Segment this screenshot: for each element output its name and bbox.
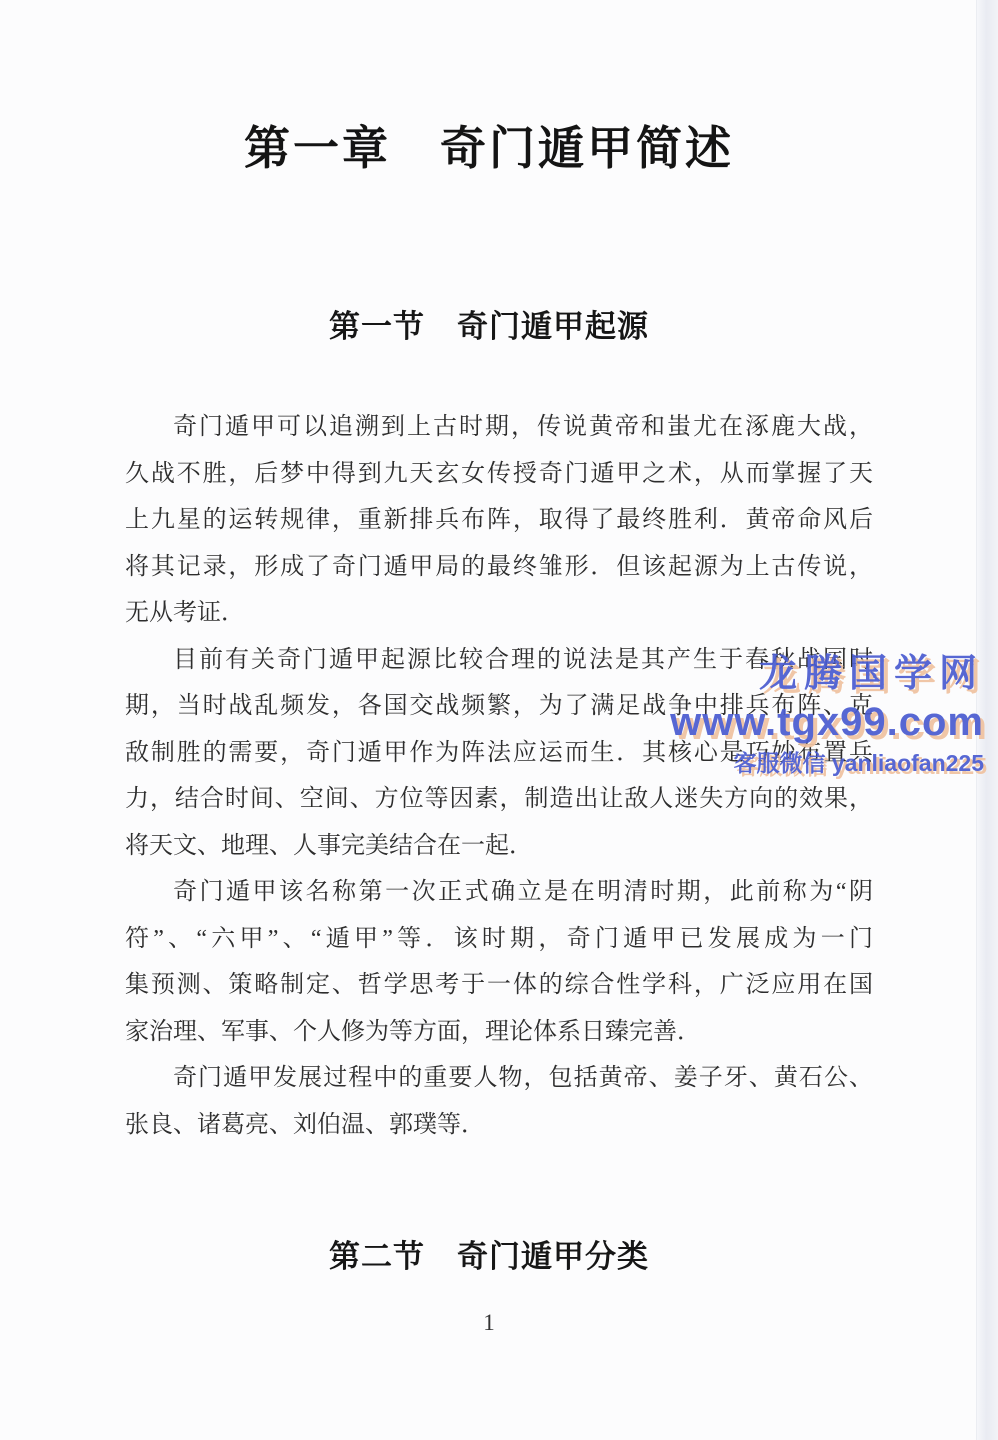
text-line: 家治理、军事、个人修为等方面，理论体系日臻完善．: [125, 1009, 873, 1056]
text-line: 将天文、地理、人事完美结合在一起．: [125, 823, 873, 870]
text-line: 上九星的运转规律，重新排兵布阵，取得了最终胜利．黄帝命风后: [125, 497, 873, 544]
paragraph: 目前有关奇门遁甲起源比较合理的说法是其产生于春秋战国时 期，当时战乱频发，各国交…: [125, 637, 873, 870]
text-line: 奇门遁甲该名称第一次正式确立是在明清时期，此前称为“阴: [125, 869, 873, 916]
text-line: 集预测、策略制定、哲学思考于一体的综合性学科，广泛应用在国: [125, 962, 873, 1009]
text-line: 将其记录，形成了奇门遁甲局的最终雏形．但该起源为上古传说，: [125, 544, 873, 591]
text-line: 敌制胜的需要，奇门遁甲作为阵法应运而生．其核心是巧妙布置兵: [125, 730, 873, 777]
chapter-title: 第一章 奇门遁甲简述: [0, 112, 978, 178]
paragraph: 奇门遁甲该名称第一次正式确立是在明清时期，此前称为“阴 符”、“六甲”、“遁甲”…: [125, 869, 873, 1055]
text-line: 力，结合时间、空间、方位等因素，制造出让敌人迷失方向的效果，: [125, 776, 873, 823]
section-title-origin: 第一节 奇门遁甲起源: [0, 301, 978, 346]
text-line: 符”、“六甲”、“遁甲”等．该时期，奇门遁甲已发展成为一门: [125, 916, 873, 963]
document-page: 第一章 奇门遁甲简述 第一节 奇门遁甲起源 奇门遁甲可以追溯到上古时期，传说黄帝…: [0, 0, 998, 1440]
paragraph: 奇门遁甲发展过程中的重要人物，包括黄帝、姜子牙、黄石公、 张良、诸葛亮、刘伯温、…: [125, 1055, 873, 1148]
section-title-classification: 第二节 奇门遁甲分类: [0, 1231, 978, 1276]
paragraph: 奇门遁甲可以追溯到上古时期，传说黄帝和蚩尤在涿鹿大战， 久战不胜，后梦中得到九天…: [125, 404, 873, 637]
body-text: 奇门遁甲可以追溯到上古时期，传说黄帝和蚩尤在涿鹿大战， 久战不胜，后梦中得到九天…: [125, 404, 873, 1148]
page-number: 1: [0, 1310, 978, 1336]
text-line: 无从考证．: [125, 590, 873, 637]
page-edge-strip: [976, 0, 998, 1440]
text-line: 奇门遁甲可以追溯到上古时期，传说黄帝和蚩尤在涿鹿大战，: [125, 404, 873, 451]
text-line: 奇门遁甲发展过程中的重要人物，包括黄帝、姜子牙、黄石公、: [125, 1055, 873, 1102]
text-line: 张良、诸葛亮、刘伯温、郭璞等．: [125, 1102, 873, 1149]
text-line: 久战不胜，后梦中得到九天玄女传授奇门遁甲之术，从而掌握了天: [125, 451, 873, 498]
text-line: 目前有关奇门遁甲起源比较合理的说法是其产生于春秋战国时: [125, 637, 873, 684]
text-line: 期，当时战乱频发，各国交战频繁，为了满足战争中排兵布阵、克: [125, 683, 873, 730]
